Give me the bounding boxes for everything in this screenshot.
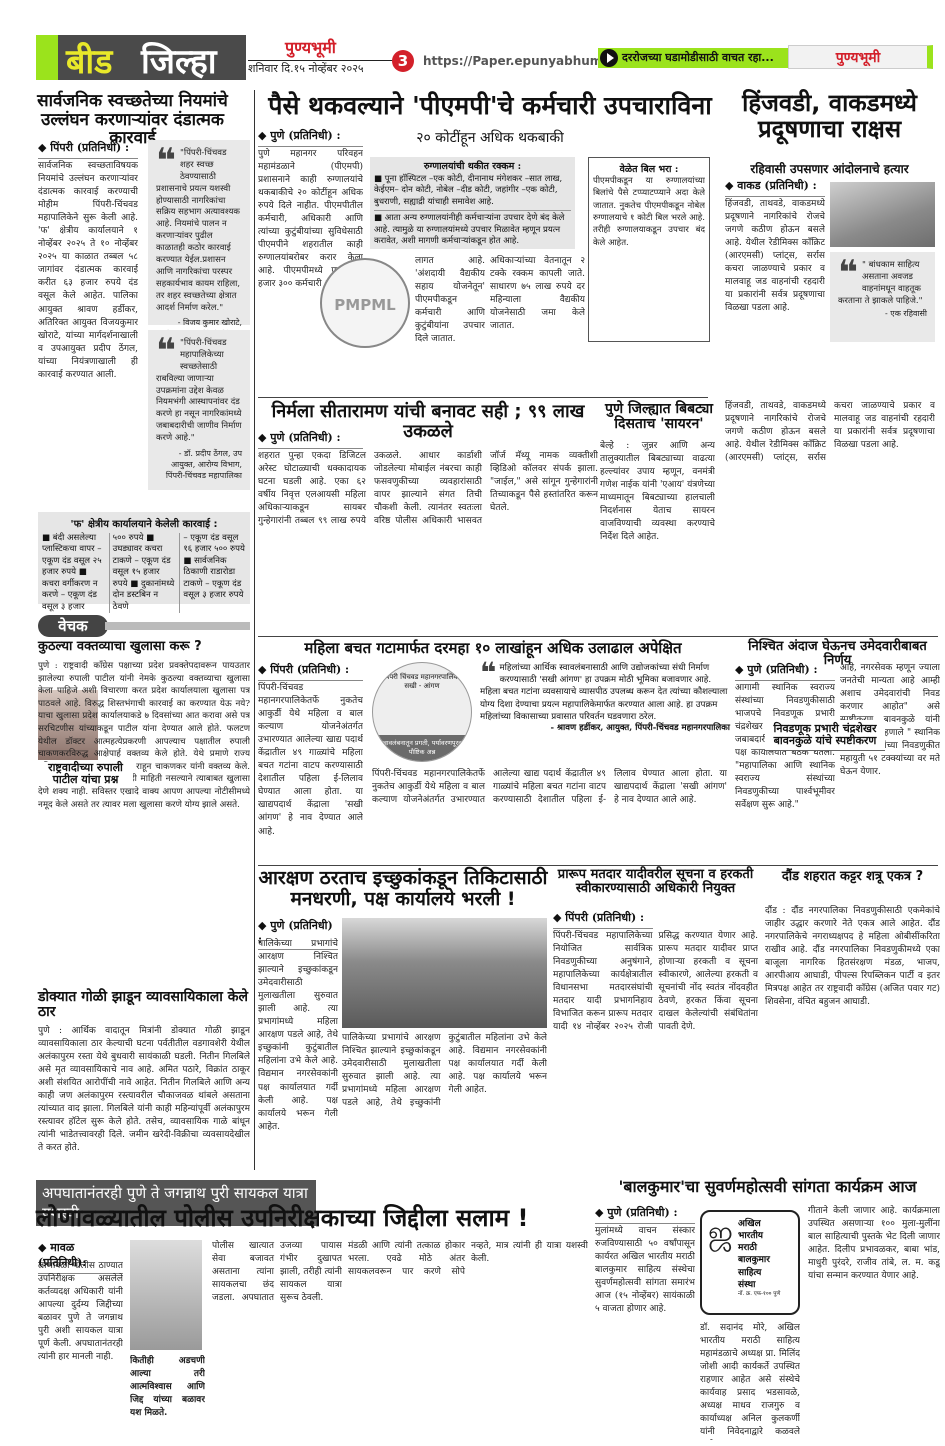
- body-arakshan-cont: पालिकेच्या प्रभागांचे आरक्षण निश्चित झाल…: [342, 1032, 547, 1170]
- quote-hardikar: ❝ महिलांच्या आर्थिक स्वावलंबनासाठी आणि उ…: [480, 662, 730, 752]
- play-icon: [600, 49, 618, 67]
- brand-logo: पुण्यभूमी: [285, 36, 336, 58]
- headline-balkumar: 'बालकुमार'चा सुवर्णमहोत्सवी सांगता कार्य…: [595, 1178, 940, 1196]
- dateline-swachhata: पिंपरी (प्रतिनिधी) :: [38, 140, 138, 159]
- column-divider: [254, 90, 255, 1170]
- logo-line: मराठी: [738, 1242, 780, 1254]
- headline-hinjewadi: हिंजवडी, वाकडमध्ये प्रदूषणाचा राक्षस: [722, 90, 937, 143]
- body-pmp-col2: लागत आहे. 'अंशदायी वैद्यकीय सहाय योजनेतू…: [415, 255, 485, 395]
- page-number-badge: 3: [392, 50, 414, 72]
- box-hospital-dues: रुग्णालयांची थकीत रक्कम : ■ पूना हॉस्पिट…: [370, 157, 575, 249]
- quote-author: - श्रावण हर्डीकर, आयुक्त, पिंपरी-चिंचवड …: [480, 723, 730, 735]
- quote-author: - एक रहिवासी: [838, 308, 927, 319]
- headline-vechak: कुठल्या वक्तव्याचा खुलासा करू ?: [38, 640, 250, 654]
- body-sitharaman: शहरात पुन्हा एकदा डिजिटल अरेस्ट घोटाळ्या…: [258, 450, 598, 630]
- quote-author: - डॉ. प्रदीप ठेंगल, उप आयुक्त, आरोग्य वि…: [156, 448, 242, 482]
- body-arakshan: पालिकेच्या प्रभागांचे आरक्षण निश्चित झाल…: [258, 938, 338, 1168]
- photo-party-office-crowd: [342, 918, 547, 1028]
- box-item: ■ पूना हॉस्पिटल –एक कोटी, दीनानाथ मंगेशक…: [374, 174, 571, 208]
- caption-vechak: राष्ट्रवादीच्या रुपाली पाटील यांचा प्रश्…: [38, 762, 133, 786]
- vechak-label: वेचक: [38, 615, 108, 637]
- quote-khorate: ❝ "पिंपरी-चिंचवड शहर स्वच्छ ठेवण्यासाठी …: [148, 140, 250, 325]
- body-lonavala-col3: मंडळी आणि त्यांनी तत्काळ होकार भरला. एवढ…: [348, 1240, 588, 1440]
- issue-date: शनिवार दि.१५ नोव्हेंबर २०२५: [248, 61, 364, 76]
- headline-lonavala: लोणावळ्यातील पोलीस उपनिरीक्षकाच्या जिद्द…: [36, 1205, 586, 1231]
- headline-matdar: प्रारूप मतदार यादीवरील सूचना व हरकती स्व…: [553, 868, 758, 897]
- mini-paper-thumbnail[interactable]: पुण्यभूमी: [788, 45, 933, 69]
- logo-line: भारतीय: [738, 1230, 780, 1242]
- logo-registration: नों. क्र. एफ-१०० पुणे: [738, 1291, 780, 1298]
- caption-lonavala: कितीही अडचणी आल्या तरी आत्मविश्वास आणि ज…: [130, 1355, 205, 1440]
- body-matdar: पिंपरी-चिंचवड महापालिकेच्या नियोजित सार्…: [553, 930, 758, 1160]
- section-divider: [258, 397, 708, 398]
- peacock-feather-icon: ஜ: [708, 1218, 738, 1307]
- mini-brand: पुण्यभूमी: [836, 50, 881, 66]
- masthead-accent-bar: [36, 35, 58, 80]
- body-mahila-bachat: पिंपरी-चिंचवड महानगरपालिकेतर्फे नुकतेच आ…: [258, 682, 363, 852]
- headline-bibatya: पुणे जिल्ह्यात बिबट्या दिसताच 'सायरन': [600, 402, 718, 433]
- body-balkumar-col2: डॉ. सदानंद मोरे, अखिल भारतीय मराठी साहित…: [700, 1322, 800, 1440]
- quote-mark-icon: ❝: [480, 662, 496, 684]
- body-bibatya: बेल्हे : जुन्नर आणि अन्य तालुक्यातील बिब…: [600, 440, 715, 630]
- headline-mahila-bachat: महिला बचत गटामार्फत दरमहा १० लाखांहून अध…: [258, 640, 728, 657]
- box-body: पीएमपीकडून या रुग्णालयांच्या बिलांचे पैस…: [593, 175, 705, 249]
- logo-line: संस्था: [738, 1279, 780, 1291]
- box-title: वेळेत बिल भरा :: [593, 162, 705, 175]
- body-swachhata: सार्वजनिक स्वच्छताविषयक नियमांचे उल्लंघन…: [38, 160, 138, 510]
- dateline-matdar: पिंपरी (प्रतिनिधी) :: [553, 910, 653, 929]
- dateline-pmp: पुणे (प्रतिनिधी) :: [258, 128, 363, 147]
- body-bawankule: आगामी स्थानिक स्वराज्य संस्थांच्या निवडण…: [735, 682, 835, 857]
- logo-line: साहित्य: [738, 1267, 780, 1279]
- masthead-title-beed: बीड: [66, 37, 112, 83]
- body-daund: दौंड : दौंड नगरपालिका निवडणुकीसाठी एकमेक…: [765, 905, 940, 1165]
- dateline-hinjewadi: वाकड (प्रतिनिधी) :: [725, 178, 825, 197]
- quote-mark-icon: ❝: [156, 338, 176, 365]
- photo-rmc-plant: [830, 182, 935, 247]
- body-lonavala: लोणावळा पोलीस ठाण्यात उपनिरीक्षक असलेले …: [38, 1260, 123, 1440]
- quote-resident: ❝ " बांधकाम साहित्य असताना अवजड वाहनांमध…: [830, 252, 935, 342]
- body-lonavala-col2: पोलीस खात्यात सेवा बजावत असताना त्यांना …: [212, 1240, 342, 1440]
- logo-line: अखिल: [738, 1218, 780, 1230]
- body-balkumar: मुलांमध्ये वाचन संस्कार रुजविण्यासाठी ५०…: [595, 1225, 695, 1440]
- subheadline-pmp: २० कोटींहून अधिक थकबाकी: [380, 128, 600, 147]
- ticker-text: दररोजच्या घडामोडीसाठी वाचत रहा...: [622, 51, 774, 64]
- quote-mark-icon: ❝: [156, 148, 176, 175]
- body-bawankule-col2: आहे, नगरसेवक म्हणून ज्याला जनतेची मान्यत…: [840, 662, 940, 857]
- website-link[interactable]: https://Paper.epunyabhumi.in: [423, 54, 624, 68]
- box-pay-on-time: वेळेत बिल भरा : पीएमपीकडून या रुग्णालयां…: [588, 157, 710, 342]
- dateline-mahila-bachat: पिंपरी (प्रतिनिधी) :: [258, 662, 363, 681]
- masthead-title-jilha: जिल्हा: [141, 37, 217, 83]
- body-dokyat-goli: पुणे : आर्थिक वादातून मित्रांनी डोक्यात …: [38, 1025, 250, 1175]
- quote-mark-icon: ❝: [838, 260, 858, 287]
- box-f-ward-action: 'फ' क्षेत्रीय कार्यालयाने केलेली कारवाई …: [38, 512, 250, 604]
- balkumar-sanstha-logo: ஜ अखिल भारतीय मराठी बालकुमार साहित्य संस…: [700, 1210, 800, 1315]
- box-item: ■ आता अन्य रुग्णालयांनीही कर्मचाऱ्यांना …: [374, 210, 571, 247]
- logo-line: बालकुमार: [738, 1254, 780, 1266]
- headline-arakshan: आरक्षण ठरताच इच्छुकांकडून तिकिटासाठी मनध…: [258, 868, 548, 910]
- body-hinjewadi: हिंजवडी, ताथवडे, वाकडमध्ये प्रदूषणाने ना…: [725, 198, 825, 398]
- box-column: ५०० रुपये ■ उघड्यावर कचरा टाकणे – एकूण द…: [109, 533, 176, 613]
- quote-text: महिलांच्या आर्थिक स्वावलंबनासाठी आणि उद्…: [480, 663, 727, 722]
- section-divider: [258, 636, 938, 637]
- vechak-bar: [105, 622, 250, 630]
- body-pmp-col3: अधिकाऱ्यांच्या वेतनातून २ टक्के रक्कम का…: [490, 255, 585, 395]
- body-vechak: पुणे : राष्ट्रवादी काँग्रेस पक्षाच्या प्…: [38, 660, 250, 1030]
- box-title: 'फ' क्षेत्रीय कार्यालयाने केलेली कारवाई …: [42, 516, 246, 530]
- section-divider: [258, 865, 938, 866]
- body-balkumar-col3: गीताने केली जाणार आहे. कार्यक्रमाला उपस्…: [808, 1205, 940, 1440]
- logo-title: पिंपरी चिंचवड महानगरपालिका सखी - आंगण: [373, 663, 471, 691]
- headline-pmp: पैसे थकवल्याने 'पीएमपी'चे कर्मचारी उपचार…: [260, 92, 720, 120]
- box-column: – एकूण दंड वसूल १६ हजार ५०० रुपये ■ सार्…: [179, 533, 246, 613]
- ticker-banner[interactable]: दररोजच्या घडामोडीसाठी वाचत रहा...: [598, 48, 788, 68]
- sakhi-angan-logo: पिंपरी चिंचवड महानगरपालिका सखी - आंगण स्…: [372, 662, 472, 762]
- pmpml-logo: PMPML: [320, 258, 410, 348]
- headline-daund: दौंड शहरात कट्टर शत्रू एकत्र ?: [765, 870, 940, 884]
- photo-cyclist-officer: [130, 1240, 202, 1350]
- box-column: ■ बंदी असलेल्या प्लास्टिकचा वापर – एकूण …: [42, 533, 105, 613]
- subheadline-hinjewadi: रहिवासी उपसणार आंदोलनाचे हत्यार: [722, 160, 937, 177]
- body-hinjewadi-cont: हिंजवडी, ताथवडे, वाकडमध्ये प्रदूषणाने ना…: [725, 400, 935, 635]
- logo-caption: स्वावलंबनातून प्रगती, पर्यावरणपूरक पौष्ट…: [373, 735, 471, 761]
- dateline-sitharaman: पुणे (प्रतिनिधी) :: [258, 430, 363, 449]
- box-title: रुग्णालयांची थकीत रक्कम :: [374, 161, 571, 174]
- pullquote-bawankule: निवडणूक प्रभारी चंद्रशेखर बावनकुळे यांचे…: [765, 720, 885, 751]
- quote-thengal: ❝ "पिंपरी-चिंचवड महापालिकेच्या स्वच्छतेस…: [148, 330, 250, 490]
- body-mahila-bachat-cont: पिंपरी-चिंचवड महानगरपालिकेतर्फे नुकतेच आ…: [372, 768, 727, 863]
- headline-dokyat-goli: डोक्यात गोळी झाडून व्यावसायिकाला केले ठा…: [38, 990, 250, 1021]
- dateline-bawankule: पुणे (प्रतिनिधी) :: [735, 662, 835, 681]
- section-masthead: बीड जिल्हा: [36, 35, 246, 80]
- dateline-balkumar: पुणे (प्रतिनिधी) :: [595, 1205, 695, 1224]
